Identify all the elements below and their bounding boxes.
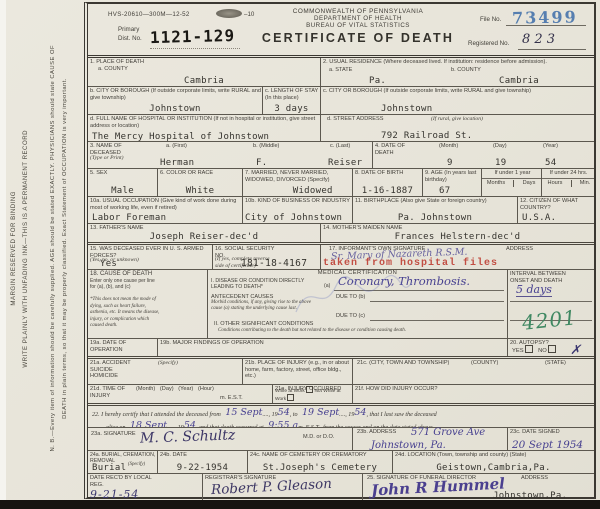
autopsy-yes-label: YES [512,348,524,354]
business-industry: 10b. KIND OF BUSINESS OR INDUSTRY City o… [243,197,353,223]
interval-handwritten: 5 days [516,283,552,297]
row-operation-autopsy: 19a. DATE OF OPERATION 19b. MAJOR FINDIN… [88,339,594,359]
field-note: (If rural, give location) [431,116,483,123]
burial-date: 24b. DATE 9-22-1954 [158,451,248,473]
autopsy-no-mark: ✗ [570,343,581,358]
scan-edge-left [0,0,6,509]
field-label: 5. SEX [90,170,156,177]
field-label: 10a. USUAL OCCUPATION (Give kind of work… [90,198,241,211]
autopsy-options: YES NO [512,345,556,354]
funeral-director: 25. SIGNATURE OF FUNERAL DIRECTOR ADDRES… [363,474,594,501]
agency-line: BUREAU OF VITAL STATISTICS [233,22,483,29]
form-number: HVS-20610—300M—12-52 [108,11,190,18]
field-label: 4. DATE OF DEATH [375,143,419,156]
county-value: Cambria [184,76,224,86]
file-no-label: File No. [480,16,501,23]
hospital-value: The Mercy Hospital of Johnstown [92,132,269,142]
year-handwritten: 54 [278,407,290,418]
row-place-residence: 1. PLACE OF DEATH a. COUNTY Cambria 2. U… [88,58,594,87]
field-label: 12. CITIZEN OF WHAT COUNTRY? [520,198,593,211]
margin-text: WRITE PLAINLY WITH UNFADING INK—THIS IS … [22,130,29,368]
year-handwritten: 54 [354,407,366,418]
dob-value: 1-16-1887 [362,186,413,196]
place-city-borough: b. CITY OR BOROUGH (If outside corporate… [88,87,263,114]
margin-nb-note-1: N. B.—Every item of information should b… [50,0,56,497]
date-signed: 23c. DATE SIGNED 20 Sept 1954 [508,428,594,450]
date-signed-handwritten: 20 Sept 1954 [512,439,583,451]
registered-no-line [518,49,586,50]
registered-no-label: Registered No. [468,40,509,47]
code-4201-handwritten: 4201 [521,305,578,335]
margin-binding-note: MARGIN RESERVED FOR BINDING [10,0,17,497]
street-address: d. STREET ADDRESS (If rural, give locati… [321,115,594,141]
row-parents: 13. FATHER'S NAME Joseph Reiser-dec'd 14… [88,224,594,245]
row-name-dod: 3. NAME OF DECEASED (Type or Print) a. (… [88,142,594,169]
first-name-value: Herman [160,158,194,168]
district-number-stamp: 1121-129 [150,26,236,47]
field-note: Conditions contributing to the death but… [218,328,428,334]
primary-label: Primary [118,26,139,33]
location-value: Geistown,Cambria,Pa. [436,463,550,473]
autopsy-no-label: NO [538,348,547,354]
burial-date-value: 9-22-1954 [177,463,228,473]
race-value: White [186,186,215,196]
major-findings: 19b. MAJOR FINDINGS OF OPERATION [158,339,508,356]
form-header: HVS-20610—300M—12-52 –10 Primary Dist. N… [88,4,594,58]
field-label: Min. [571,180,596,187]
ink-showthrough [288,272,418,320]
physician-signature-handwritten: M. C. Schultz [140,427,236,446]
certification-statement: 22. I hereby certify that I attended the… [88,406,594,427]
autopsy: 20. AUTOPSY? YES NO ✗ [508,339,594,356]
ssn-value: 181-18-4167 [241,258,307,269]
burial-value: Burial [92,463,126,473]
certificate-form: HVS-20610—300M—12-52 –10 Primary Dist. N… [84,2,596,499]
dist-no-label: Dist. No. [118,35,142,42]
field-label: 24c. NAME OF CEMETERY OR CREMATORY [250,452,391,459]
margin-text: DEATH in plain terms, so that it may be … [62,78,68,419]
field-label: (Day) [493,143,507,150]
marital-status: 7. MARRIED, NEVER MARRIED, WIDOWED, DIVO… [243,169,353,196]
father-value: Joseph Reiser-dec'd [150,232,259,242]
date-received: DATE REC'D BY LOCAL REG. 9-21-54 [88,474,203,501]
row-forces-ssn-informant: 15. WAS DECEASED EVER IN U. S. ARMED FOR… [88,245,594,270]
autopsy-yes-checkbox [525,345,533,353]
usual-occupation: 10a. USUAL OCCUPATION (Give kind of work… [88,197,243,223]
last-alive-handwritten: 18 Sept [130,420,167,427]
field-label: 13. FATHER'S NAME [90,225,319,232]
length-of-stay-value: 3 days [274,104,308,114]
street-address-value: 792 Railroad St. [381,131,473,141]
field-label: (COUNTY) [471,360,498,367]
field-label: 7. MARRIED, NEVER MARRIED, WIDOWED, DIVO… [245,170,351,183]
field-note: (Yes, no, or unknown) [90,257,146,264]
field-label: 2. USUAL RESIDENCE (Where deceased lived… [323,59,593,66]
field-label: 8. DATE OF BIRTH [355,170,421,177]
field-label: 23a. SIGNATURE [91,431,136,438]
industry-value: City of Johnstown [245,213,342,223]
city-value: Johnstown [149,104,200,114]
field-label: 23c. DATE SIGNED [510,429,593,436]
agency-line: COMMONWEALTH OF PENNSYLVANIA [233,8,483,15]
field-label: If under 24 hrs. [544,170,593,177]
while-at-work-checkbox [306,386,313,393]
length-of-stay: c. LENGTH OF STAY (In this place) 3 days [263,87,321,114]
field-label: If under 1 year [484,170,541,177]
field-label: ADDRESS [521,475,548,482]
age-value: 67 [439,186,450,196]
field-label: a. STATE [329,67,352,74]
field-label: 21c. (CITY, TOWN AND TOWNSHIP) [357,360,449,367]
row-burial: 24a. BURIAL, CREMATION, REMOVAL (Specify… [88,451,594,474]
field-label: d. FULL NAME OF HOSPITAL OR INSTITUTION … [90,116,319,129]
field-label: c. CITY OR BOROUGH (If outside corporate… [323,88,593,95]
row-injury-1: 21a. ACCIDENT SUICIDE HOMICIDE (Specify)… [88,359,594,385]
margin-ink-note: WRITE PLAINLY WITH UNFADING INK—THIS IS … [22,0,29,497]
physician-address-line2-handwritten: Johnstown, Pa. [371,440,446,451]
field-footnote: *This does not mean the mode of dying, s… [90,297,162,330]
field-label: M.D. or D.O. [303,434,334,441]
field-label: b. CITY OR BOROUGH (If outside corporate… [90,88,261,101]
field-label: Days [513,180,542,187]
place-of-death-county: 1. PLACE OF DEATH a. COUNTY Cambria [88,58,321,86]
field-label: (Month) [439,143,458,150]
field-note: (Type or Print) [90,155,150,162]
accident-suicide-homicide: 21a. ACCIDENT SUICIDE HOMICIDE (Specify) [88,359,243,384]
field-label: d. STREET ADDRESS [327,116,383,123]
residence-county-value: Cambria [499,76,539,86]
place-of-injury: 21b. PLACE OF INJURY (e.g., in or about … [243,359,353,384]
middle-name-value: F. [256,158,267,168]
field-label: 19b. MAJOR FINDINGS OF OPERATION [160,340,506,347]
age-under-1yr: If under 1 year Months Days [481,169,542,196]
row-physician: 23a. SIGNATURE M. C. Schultz M.D. or D.O… [88,428,594,451]
margin-text: N. B.—Every item of information should b… [50,45,56,452]
field-label: c. LENGTH OF STAY (In this place) [265,88,319,101]
date-of-death: 4. DATE OF DEATH (Month) 9 (Day) 19 (Yea… [373,142,594,168]
row-city: b. CITY OR BOROUGH (If outside corporate… [88,87,594,115]
citizenship-value: U.S.A. [522,213,556,223]
not-while-at-work-checkbox [287,394,294,401]
medical-certification: MEDICAL CERTIFICATION I. DISEASE OR COND… [208,270,508,338]
field-label: Months [483,180,509,187]
agency-block: COMMONWEALTH OF PENNSYLVANIA DEPARTMENT … [233,8,483,45]
hospital-institution: d. FULL NAME OF HOSPITAL OR INSTITUTION … [88,115,321,141]
year-handwritten: 54 [184,420,196,427]
field-label: 23b. ADDRESS [357,429,396,436]
cemetery-name: 24c. NAME OF CEMETERY OR CREMATORY St.Jo… [248,451,393,473]
physician-address: 23b. ADDRESS 571 Grove Ave Johnstown, Pa… [353,428,508,450]
injury-occurred-options: While at Work Not While at Work [275,386,352,402]
field-note: Enter only one cause per line for (a), (… [90,279,160,291]
residence-city-borough: c. CITY OR BOROUGH (If outside corporate… [321,87,594,114]
informant-signature: 17. INFORMANT'S OWN SIGNATURE ADDRESS Sr… [321,245,594,269]
row-cause-of-death: 18. CAUSE OF DEATH Enter only one cause … [88,270,594,339]
physician-address-line1-handwritten: 571 Grove Ave [411,427,485,438]
field-label: 6. COLOR OR RACE [160,170,241,177]
row-certification: 22. I hereby certify that I attended the… [88,406,594,428]
state-value: Pa. [369,76,386,86]
dist-no-line [150,48,240,49]
field-label: 21f. HOW DID INJURY OCCUR? [355,386,593,393]
row-registrar: DATE REC'D BY LOCAL REG. 9-21-54 REGISTR… [88,474,594,501]
mothers-maiden-name: 14. MOTHER'S MAIDEN NAME Frances Helster… [321,224,594,242]
time-of-death-handwritten: 9:55 a [268,420,298,427]
registrar-signature: REGISTRAR'S SIGNATURE Robert P. Gleason [203,474,363,501]
cemetery-location: 24d. LOCATION (Town, township and county… [393,451,594,473]
field-label: 24d. LOCATION (Town, township and county… [395,452,593,459]
attended-to-handwritten: 19 Sept [302,407,339,418]
age: 9. AGE (In years last birthday) 67 If un… [423,169,594,196]
field-note: (Specify) [158,360,178,367]
time-of-injury: 21d. TIME OF INJURY (Month) (Day) (Year)… [88,385,273,403]
field-label: 19a. DATE OF OPERATION [90,340,156,353]
row-injury-2: 21d. TIME OF INJURY (Month) (Day) (Year)… [88,385,594,406]
certification-text: 22. I hereby certify that I attended the… [92,412,221,418]
certificate-title: CERTIFICATE OF DEATH [233,31,483,45]
field-label: 21b. PLACE OF INJURY (e.g., in or about … [245,360,351,380]
name-of-deceased: 3. NAME OF DECEASED (Type or Print) a. (… [88,142,373,168]
sex: 5. SEX Male [88,169,158,196]
field-label: ADDRESS [506,246,533,253]
field-note: (Specify) [128,462,145,468]
residence-city-value: Johnstown [381,104,432,114]
field-label: 14. MOTHER'S MAIDEN NAME [323,225,593,232]
cause-of-death-notes: 18. CAUSE OF DEATH Enter only one cause … [88,270,208,338]
field-label: (STATE) [545,360,566,367]
field-label: 24b. DATE [160,452,246,459]
row-personal: 5. SEX Male 6. COLOR OR RACE White 7. MA… [88,169,594,197]
field-label: (Year) [543,143,558,150]
field-label: 21d. TIME OF INJURY [90,386,130,399]
sex-value: Male [111,186,134,196]
margin-nb-note-2: DEATH in plain terms, so that it may be … [62,0,68,497]
injury-occurred: 21e. INJURY OCCURRED While at Work Not W… [273,385,353,403]
field-label: a. COUNTY [98,66,319,73]
field-label: DATE REC'D BY LOCAL REG. [90,475,160,488]
usual-residence: 2. USUAL RESIDENCE (Where deceased lived… [321,58,594,86]
death-year-value: 54 [545,158,556,168]
cemetery-value: St.Joseph's Cemetery [263,463,377,473]
burial-type: 24a. BURIAL, CREMATION, REMOVAL (Specify… [88,451,158,473]
date-of-birth: 8. DATE OF BIRTH 1-16-1887 [353,169,423,196]
injury-city-county-state: 21c. (CITY, TOWN AND TOWNSHIP) (COUNTY) … [353,359,594,384]
field-label: (Month) (Day) (Year) (Hour) [136,386,214,393]
occupation-value: Labor Foreman [92,213,166,223]
hospital-files-stamp: taken from hospital files [323,258,498,269]
file-number-stamp: 73499 [512,7,578,27]
age-under-24hr: If under 24 hrs. Hours Min. [541,169,594,196]
fathers-name: 13. FATHER'S NAME Joseph Reiser-dec'd [88,224,321,242]
birthplace: 11. BIRTHPLACE (Also give State or forei… [353,197,518,223]
social-security: 16. SOCIAL SECURITY NO. (If yes, complet… [213,245,321,269]
row-occupation: 10a. USUAL OCCUPATION (Give kind of work… [88,197,594,224]
field-label: II. OTHER SIGNIFICANT CONDITIONS [214,321,364,328]
agency-line: DEPARTMENT OF HEALTH [233,15,483,22]
death-certificate: MARGIN RESERVED FOR BINDING WRITE PLAINL… [0,0,600,509]
last-name-value: Reiser [328,158,362,168]
interval-column: INTERVAL BETWEEN ONSET AND DEATH 5 days … [508,270,594,338]
armed-forces-value: Yes [100,259,117,269]
mother-value: Frances Helstern-dec'd [395,232,521,242]
marital-value: Widowed [293,186,333,196]
armed-forces: 15. WAS DECEASED EVER IN U. S. ARMED FOR… [88,245,213,269]
how-injury-occurred: 21f. HOW DID INJURY OCCUR? [353,385,594,403]
row-hospital-street: d. FULL NAME OF HOSPITAL OR INSTITUTION … [88,115,594,142]
field-label: b. COUNTY [451,67,481,74]
field-label: c. (Last) [330,143,350,150]
birthplace-value: Pa. Johnstown [398,213,472,223]
death-month-value: 9 [447,158,453,168]
margin-text: MARGIN RESERVED FOR BINDING [10,191,17,306]
field-label: m. E.S.T. [220,395,243,402]
field-label: 21a. ACCIDENT SUICIDE HOMICIDE [90,360,142,380]
field-label: b. (Middle) [253,143,279,150]
field-label: Hours [543,180,567,187]
color-or-race: 6. COLOR OR RACE White [158,169,243,196]
field-label: a. (First) [166,143,187,150]
date-of-operation: 19a. DATE OF OPERATION [88,339,158,356]
scan-edge-bottom [0,500,600,509]
field-label: 10b. KIND OF BUSINESS OR INDUSTRY [245,198,351,205]
registered-number-handwritten: 8 2 3 [522,32,555,47]
field-label: 9. AGE (In years last birthday) [425,170,477,183]
field-label: 1. PLACE OF DEATH [90,59,319,66]
attended-from-handwritten: 15 Sept [225,407,262,418]
citizenship: 12. CITIZEN OF WHAT COUNTRY? U.S.A. [518,197,594,223]
physician-signature: 23a. SIGNATURE M. C. Schultz M.D. or D.O… [88,428,353,450]
autopsy-no-checkbox [548,345,556,353]
field-label: 11. BIRTHPLACE (Also give State or forei… [355,198,516,205]
death-day-value: 19 [495,158,506,168]
